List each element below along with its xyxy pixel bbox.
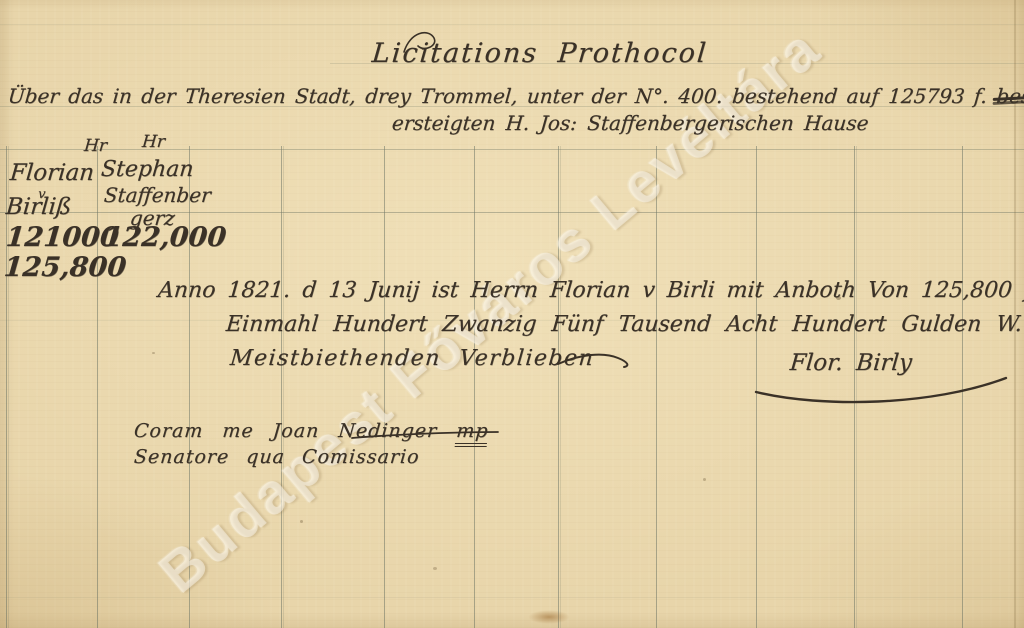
bidder1-first-name: Florian (9, 162, 95, 185)
paper-speck (300, 520, 303, 523)
horizontal-rule-line (0, 597, 1024, 598)
document-title: Licitations Prothocol (371, 40, 709, 67)
vertical-rule-line (656, 146, 657, 628)
signature-flourish (752, 372, 1012, 408)
bidder2-bid-1: 122,000 (103, 224, 227, 251)
body-closing-flourish (556, 350, 636, 370)
paper-stain (528, 610, 570, 624)
attestation-line-2: Senatore qua Comissario (133, 448, 420, 467)
struck-word: bestehend (996, 86, 1024, 106)
paper-speck (703, 478, 706, 481)
attestation-underline (350, 428, 500, 442)
paper-speck (433, 567, 437, 570)
body-line-3: Meistbiethenden Verblieben (229, 348, 595, 370)
paper-speck (152, 352, 155, 354)
header-line-1-text: Über das in der Theresien Stadt, drey Tr… (7, 84, 988, 108)
vertical-rule-line (97, 146, 98, 628)
body-line-2: Einmahl Hundert Zwanzig Fünf Tausend Ach… (225, 314, 1024, 336)
bidder1-honorific: Hr (83, 138, 107, 155)
bidder1-bid-2: 125,800 (3, 254, 127, 281)
header-line-1: Über das in der Theresien Stadt, drey Tr… (7, 86, 1024, 106)
bidder2-honorific: Hr (141, 134, 165, 151)
vertical-rule-line (281, 146, 282, 628)
vertical-rule-line (474, 146, 475, 628)
header-line-2: ersteigten H. Jos: Staffenbergerischen H… (391, 113, 869, 133)
bidder2-first-name: Stephan (100, 159, 194, 181)
scanned-document-page: Budapest Főváros Levéltára Licitations P… (0, 0, 1024, 628)
horizontal-rule-line (0, 24, 1024, 25)
body-line-1: Anno 1821. d 13 Junij ist Herrn Florian … (157, 280, 1024, 302)
bidder1-last-name: Birliß (5, 196, 72, 219)
bidder2-last-name-1: Staffenber (103, 185, 211, 205)
